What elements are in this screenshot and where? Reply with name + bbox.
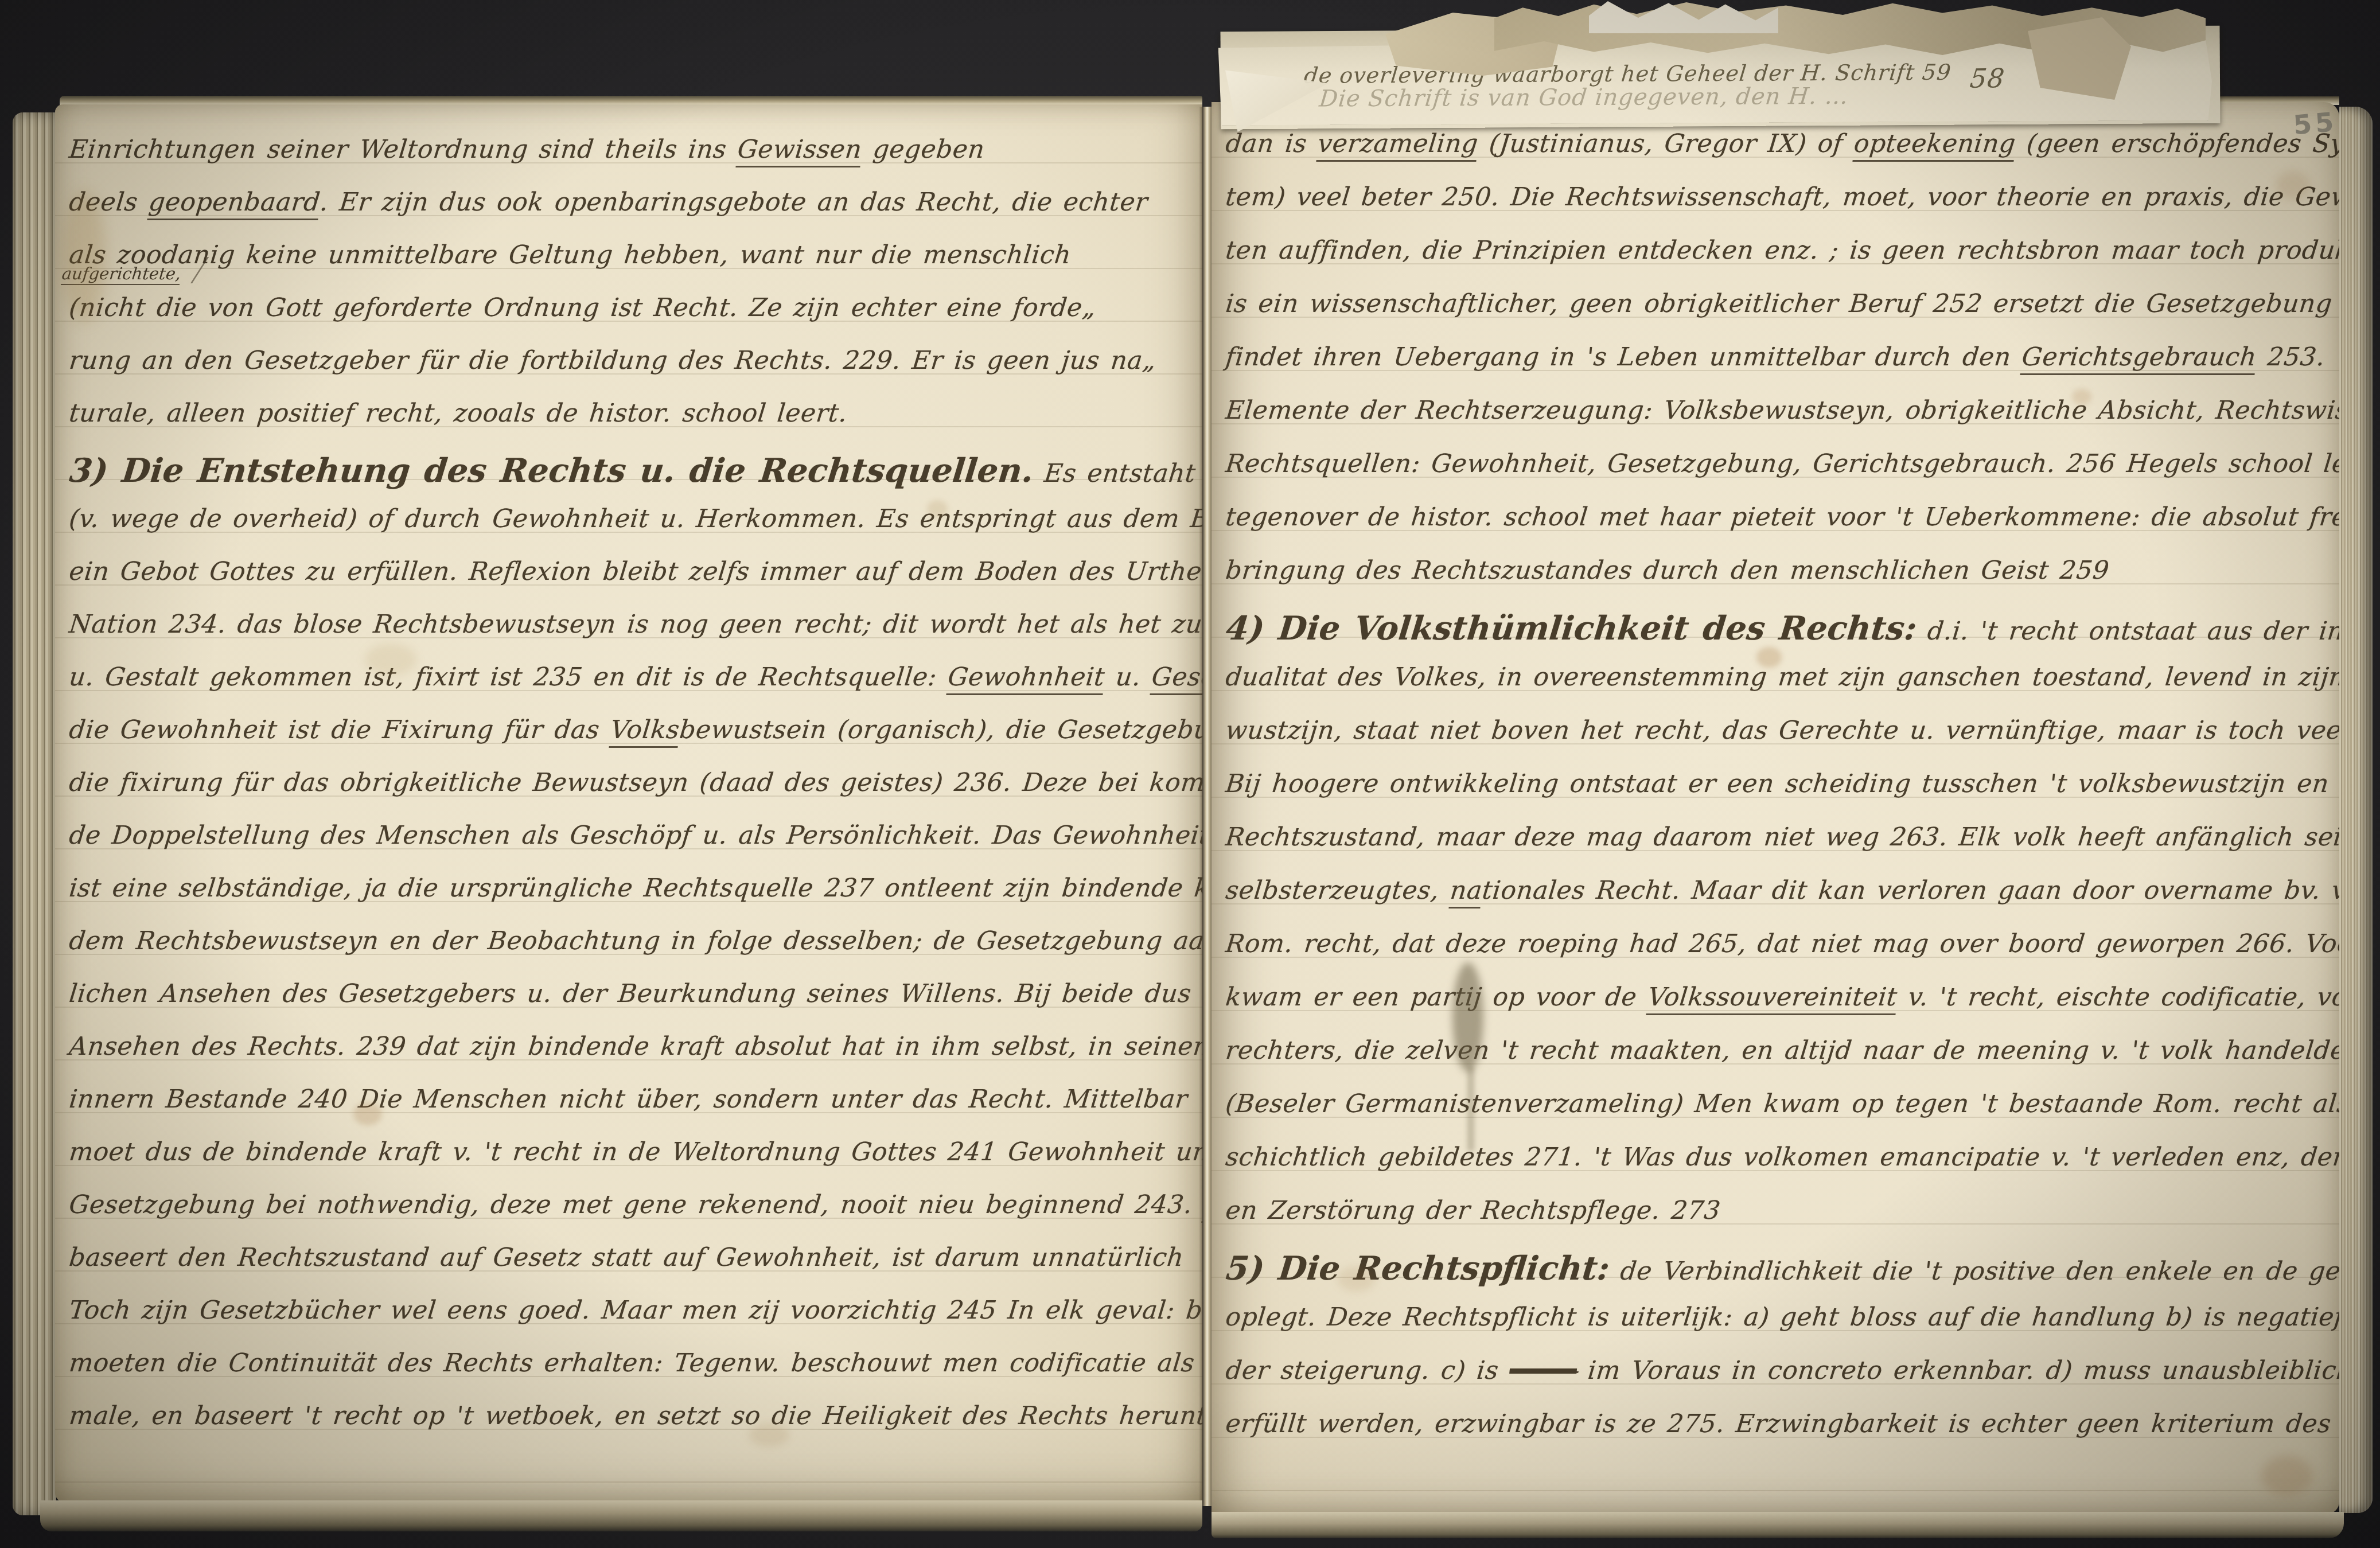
manuscript-line: ist eine selbständige, ja die ursprüngli… bbox=[68, 874, 1202, 903]
manuscript-line: schichtlich gebildetes 271. 't Was dus v… bbox=[1224, 1143, 2339, 1172]
manuscript-line: selbsterzeugtes, nationales Recht. Maar … bbox=[1224, 876, 2339, 905]
manuscript-line: 5) Die Rechtspflicht: de Verbindlichkeit… bbox=[1224, 1249, 2339, 1288]
manuscript-line: lichen Ansehen des Gesetzgebers u. der B… bbox=[68, 979, 1202, 1008]
manuscript-line: en Zerstörung der Rechtspflege. 273 bbox=[1224, 1196, 1722, 1225]
manuscript-line: baseert den Rechtszustand auf Gesetz sta… bbox=[68, 1243, 1185, 1272]
manuscript-line: turale, alleen positief recht, zooals de… bbox=[68, 399, 849, 428]
manuscript-line: de Doppelstellung des Menschen als Gesch… bbox=[68, 821, 1202, 850]
manuscript-line: oplegt. Deze Rechtspflicht is uiterlijk:… bbox=[1224, 1303, 2339, 1332]
manuscript-line: Einrichtungen seiner Weltordnung sind th… bbox=[68, 135, 986, 164]
manuscript-line: rechters, die zelven 't recht maakten, e… bbox=[1224, 1036, 2339, 1065]
manuscript-line: Rechtsquellen: Gewohnheit, Gesetzgebung,… bbox=[1224, 449, 2339, 478]
manuscript-line: tem) veel beter 250. Die Rechtswissensch… bbox=[1224, 182, 2339, 212]
manuscript-line: Rechtszustand, maar deze mag daarom niet… bbox=[1224, 822, 2339, 852]
manuscript-line: der steigerung. c) is ——— im Voraus in c… bbox=[1224, 1356, 2339, 1385]
manuscript-line: deels geopenbaard. Er zijn dus ook openb… bbox=[68, 188, 1149, 217]
manuscript-line: moeten die Continuität des Rechts erhalt… bbox=[68, 1348, 1202, 1378]
left-page-text: Einrichtungen seiner Weltordnung sind th… bbox=[68, 104, 1198, 1503]
manuscript-line: ein Gebot Gottes zu erfüllen. Reflexion … bbox=[68, 557, 1202, 586]
manuscript-line: Ansehen des Rechts. 239 dat zijn bindend… bbox=[68, 1032, 1202, 1061]
manuscript-line: ten auffinden, die Prinzipien entdecken … bbox=[1224, 236, 2339, 265]
manuscript-line: innern Bestande 240 Die Menschen nicht ü… bbox=[68, 1085, 1189, 1114]
manuscript-line: als zoodanig keine unmittelbare Geltung … bbox=[68, 240, 1073, 270]
manuscript-line: u. Gestalt gekommen ist, fixirt ist 235 … bbox=[68, 662, 1202, 692]
manuscript-line: moet dus de bindende kraft v. 't recht i… bbox=[68, 1137, 1202, 1167]
manuscript-line: Nation 234. das blose Rechtsbewustseyn i… bbox=[68, 610, 1202, 639]
manuscript-line: (Beseler Germanistenverzameling) Men kwa… bbox=[1224, 1089, 2339, 1118]
manuscript-line: male, en baseert 't recht op 't wetboek,… bbox=[68, 1401, 1202, 1430]
manuscript-line: dem Rechtsbewustseyn en der Beobachtung … bbox=[68, 926, 1202, 956]
manuscript-line: Gesetzgebung bei nothwendig, deze met ge… bbox=[68, 1190, 1202, 1219]
manuscript-line: wustzijn, staat niet boven het recht, da… bbox=[1224, 716, 2339, 745]
manuscript-line: rung an den Gesetzgeber für die fortbild… bbox=[68, 346, 1158, 375]
left-page-bottom-edge bbox=[40, 1500, 1202, 1531]
manuscript-line: erfüllt werden, erzwingbar is ze 275. Er… bbox=[1224, 1409, 2332, 1438]
manuscript-line: (nicht die von Gott geforderte Ordnung i… bbox=[68, 293, 1097, 322]
left-page: Einrichtungen seiner Weltordnung sind th… bbox=[55, 104, 1202, 1503]
manuscript-line: die fixirung für das obrigkeitliche Bewu… bbox=[68, 768, 1202, 797]
left-page-edge-stack bbox=[13, 112, 56, 1515]
right-page-bottom-edge bbox=[1212, 1512, 2344, 1538]
manuscript-line: kwam er een partij op voor de Volkssouve… bbox=[1224, 982, 2339, 1012]
manuscript-line: die Gewohnheit ist die Fixirung für das … bbox=[68, 715, 1202, 744]
manuscript-line: Elemente der Rechtserzeugung: Volksbewus… bbox=[1224, 396, 2339, 425]
manuscript-line: Bij hoogere ontwikkeling ontstaat er een… bbox=[1224, 769, 2339, 798]
manuscript-line: (v. wege de overheid) of durch Gewohnhei… bbox=[68, 504, 1202, 533]
manuscript-line: is ein wissenschaftlicher, geen obrigkei… bbox=[1224, 289, 2339, 318]
manuscript-line: findet ihren Uebergang in 's Leben unmit… bbox=[1224, 342, 2327, 372]
right-page: dan is verzameling (Justinianus, Gregor … bbox=[1212, 102, 2339, 1514]
loose-sheets: de overlevering waarborgt het Geheel der… bbox=[1205, 0, 2231, 133]
loose-sheet-line-faded: Die Schrift is van God ingegeven, den H.… bbox=[1318, 83, 1850, 112]
manuscript-line: 3) Die Entstehung des Rechts u. die Rech… bbox=[68, 451, 1202, 490]
right-page-text: dan is verzameling (Justinianus, Gregor … bbox=[1224, 102, 2335, 1514]
manuscript-line: Toch zijn Gesetzbücher wel eens goed. Ma… bbox=[68, 1296, 1202, 1325]
page-number: 55 bbox=[2292, 106, 2338, 141]
manuscript-line: 4) Die Volksthümlichkeit des Rechts: d.i… bbox=[1224, 609, 2339, 648]
photo-background: Einrichtungen seiner Weltordnung sind th… bbox=[0, 0, 2380, 1548]
open-notebook: Einrichtungen seiner Weltordnung sind th… bbox=[0, 0, 2380, 1548]
interlinear-insertion: aufgerichtete, bbox=[61, 264, 182, 283]
manuscript-line: Rom. recht, dat deze roeping had 265, da… bbox=[1224, 929, 2339, 958]
interlinear-text: aufgerichtete, bbox=[61, 264, 182, 285]
manuscript-line: dan is verzameling (Justinianus, Gregor … bbox=[1224, 129, 2339, 158]
manuscript-line: tegenover de histor. school met haar pie… bbox=[1224, 502, 2339, 532]
manuscript-line: dualitat des Volkes, in overeenstemming … bbox=[1224, 662, 2339, 692]
manuscript-line: bringung des Rechtszustandes durch den m… bbox=[1224, 556, 2110, 585]
fore-edge-stack bbox=[2339, 107, 2373, 1513]
loose-sheet-number: 58 bbox=[1969, 63, 2007, 93]
